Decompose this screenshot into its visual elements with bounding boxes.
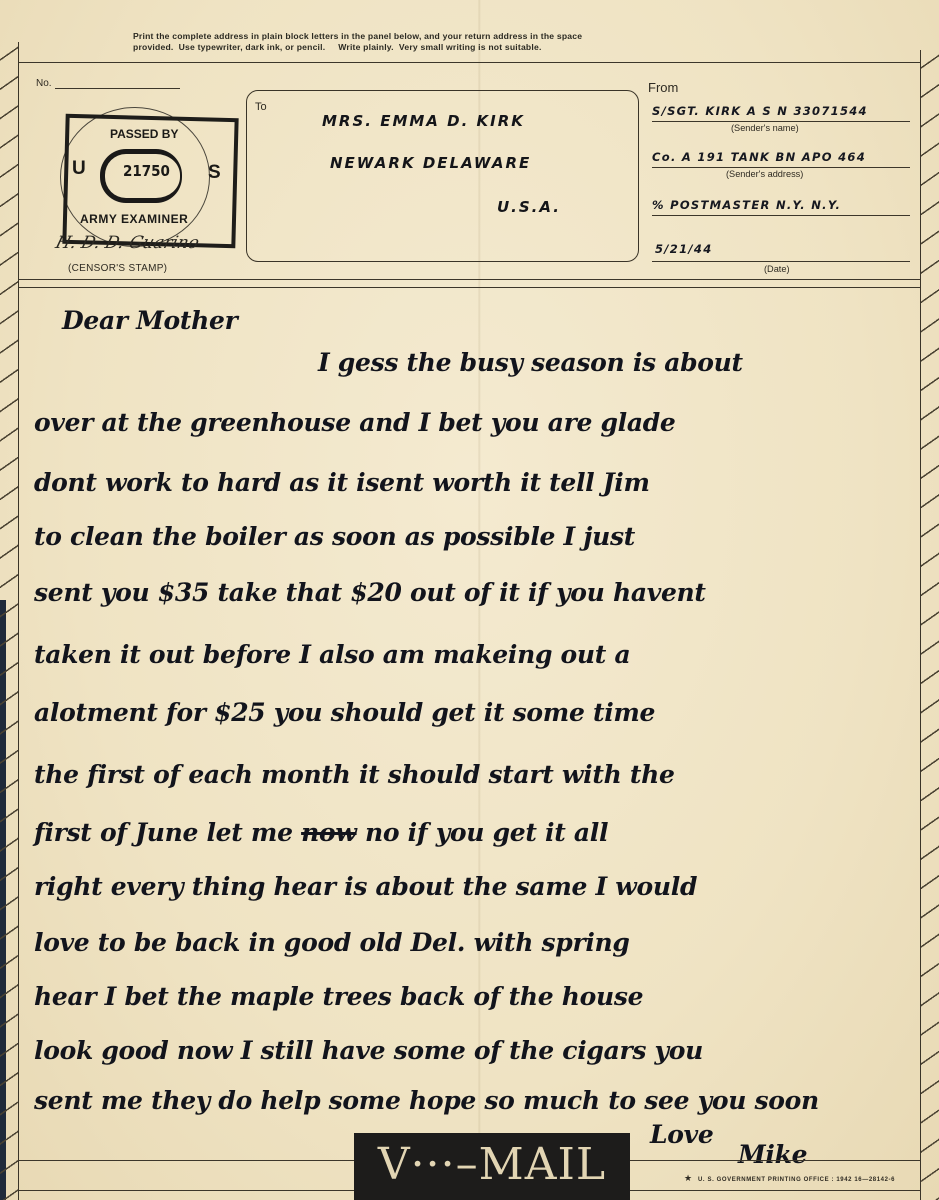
vmail-sheet: Print the complete address in plain bloc… [0,0,939,1200]
letter-line-7: alotment for $25 you should get it some … [34,698,655,727]
letter-line-1: I gess the busy season is about [318,348,743,377]
sender-address-caption: (Sender's address) [726,169,803,179]
stamp-army-examiner: ARMY EXAMINER [80,212,188,226]
number-field-line [55,88,180,89]
sender-address: Co. A 191 TANK BN APO 464 [652,150,866,164]
recipient-country: U.S.A. [497,198,561,216]
right-hatched-margin [920,50,939,1200]
recipient-name: MRS. EMMA D. KIRK [322,112,525,130]
header-bottom-rule-2 [18,287,921,288]
stamp-letter-u: U [72,158,86,180]
to-label: To [255,101,267,113]
date-caption: (Date) [764,264,790,274]
letter-line-6: taken it out before I also am makeing ou… [34,640,630,669]
letter-line-9-start: first of June let me [34,818,293,847]
footer-rule-left [18,1160,354,1161]
footer-rule-right [630,1160,921,1161]
letter-line-2: over at the greenhouse and I bet you are… [34,408,676,437]
letter-line-13: look good now I still have some of the c… [34,1036,703,1065]
sender-address-line [652,167,910,168]
letter-line-14: sent me they do help some hope so much t… [34,1086,819,1115]
letter-line-12: hear I bet the maple trees back of the h… [34,982,643,1011]
letter-line-4: to clean the boiler as soon as possible … [34,522,635,551]
salutation: Dear Mother [62,306,238,335]
letter-line-5: sent you $35 take that $20 out of it if … [34,578,706,607]
vmail-logo-text: V···–MAIL [354,1139,630,1190]
printing-office-imprint: U. S. GOVERNMENT PRINTING OFFICE : 1942 … [698,1177,895,1183]
date-line [652,261,910,262]
letter-line-11: love to be back in good old Del. with sp… [34,928,630,957]
sender-name-caption: (Sender's name) [731,123,799,133]
from-label: From [648,80,678,95]
vmail-logo: V···–MAIL [354,1133,630,1200]
stamp-number: 21750 [123,162,170,180]
stamp-letter-s: S [208,162,221,184]
letter-line-8: the first of each month it should start … [34,760,675,789]
header-top-rule [18,62,921,63]
header-bottom-rule [18,279,921,280]
sender-date: 5/21/44 [655,242,713,256]
signature: Mike [738,1140,807,1169]
struck-word: now [301,818,356,847]
instructions-line-2: provided. Use typewriter, dark ink, or p… [133,42,893,53]
letter-line-10: right every thing hear is about the same… [34,872,697,901]
sender-name-line [652,121,910,122]
star-icon: ★ [684,1173,692,1184]
recipient-city-state: NEWARK DELAWARE [330,154,531,172]
sender-address-2-line [652,215,910,216]
censor-signature: H. D. D. Guarino [53,233,201,253]
letter-line-9-end: no if you get it all [365,818,608,847]
stamp-passed-by: PASSED BY [110,127,178,141]
instructions-line-1: Print the complete address in plain bloc… [133,31,893,42]
censor-stamp-caption: (CENSOR'S STAMP) [68,263,167,274]
sender-address-2: % POSTMASTER N.Y. N.Y. [652,198,841,212]
left-hatched-margin [0,42,19,1200]
letter-line-9: first of June let me now no if you get i… [34,818,608,847]
closing: Love [650,1120,714,1149]
sender-name: S/SGT. KIRK A S N 33071544 [652,104,868,118]
number-label: No. [36,78,52,89]
letter-line-3: dont work to hard as it isent worth it t… [34,468,650,497]
form-instructions: Print the complete address in plain bloc… [133,31,893,53]
